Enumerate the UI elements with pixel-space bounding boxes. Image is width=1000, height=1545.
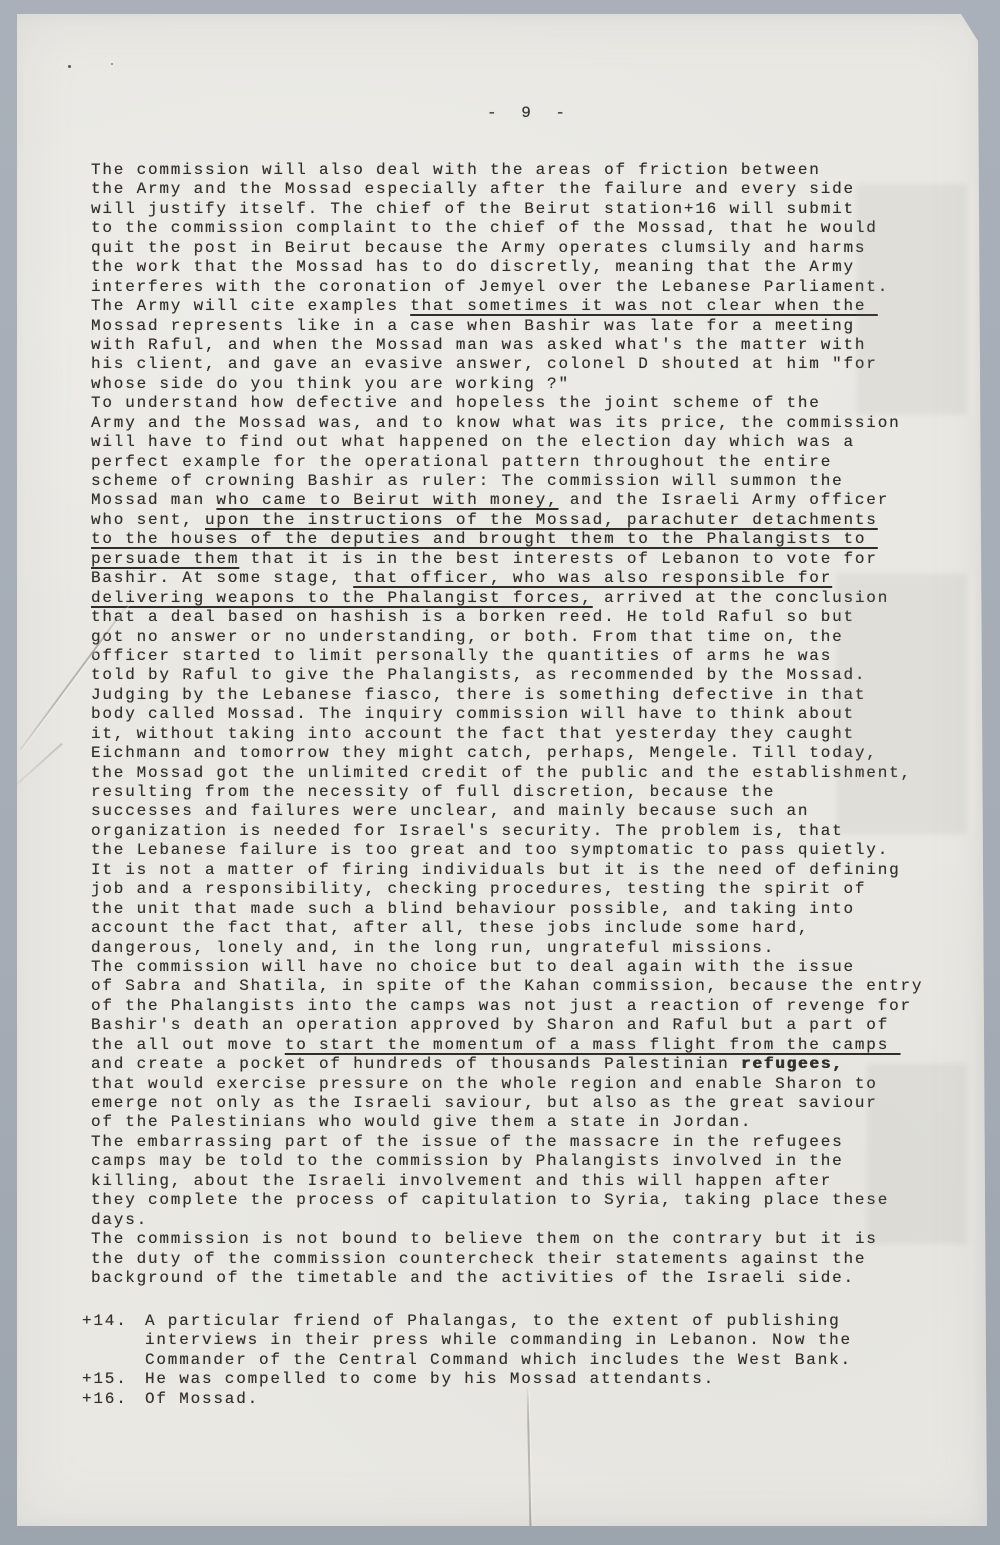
text-segment: scheme of crowning Bashir as ruler: The … bbox=[91, 472, 844, 490]
underlined-text: that officer, who was also responsible f… bbox=[353, 569, 832, 587]
text-segment: perfect example for the operational patt… bbox=[91, 453, 832, 471]
body-line: body called Mossad. The inquiry commissi… bbox=[91, 705, 923, 724]
text-segment: they complete the process of capitulatio… bbox=[91, 1191, 889, 1209]
text-segment: To understand how defective and hopeless… bbox=[91, 394, 821, 412]
footnote-label: +14. bbox=[82, 1312, 145, 1331]
text-segment: and create a pocket of hundreds of thous… bbox=[91, 1055, 741, 1073]
underlined-text: to start the momentum of a mass flight f… bbox=[285, 1036, 901, 1054]
body-line: The commission will have no choice but t… bbox=[91, 958, 923, 977]
text-segment: resulting from the necessity of full dis… bbox=[91, 783, 775, 801]
body-line: his client, and gave an evasive answer, … bbox=[91, 355, 923, 374]
text-segment: Eichmann and tomorrow they might catch, … bbox=[91, 744, 878, 762]
body-line: days. bbox=[91, 1211, 923, 1230]
document-page: - 9 - The commission will also deal with… bbox=[17, 14, 987, 1526]
footnote-text: Of Mossad. bbox=[145, 1390, 259, 1409]
body-line: killing, about the Israeli involvement a… bbox=[91, 1172, 923, 1191]
footnote-line: He was compelled to come by his Mossad a… bbox=[145, 1370, 715, 1389]
text-segment: his client, and gave an evasive answer, … bbox=[91, 355, 878, 373]
body-line: of Sabra and Shatila, in spite of the Ka… bbox=[91, 977, 923, 996]
text-segment: the Lebanese failure is too great and to… bbox=[91, 841, 889, 859]
underlined-text: upon the instructions of the Mossad, par… bbox=[205, 511, 878, 529]
text-segment: The commission is not bound to believe t… bbox=[91, 1230, 878, 1248]
body-line: perfect example for the operational patt… bbox=[91, 453, 923, 472]
underlined-text: delivering weapons to the Phalangist for… bbox=[91, 589, 593, 607]
body-line: with Raful, and when the Mossad man was … bbox=[91, 336, 923, 355]
text-segment: officer started to limit personally the … bbox=[91, 647, 832, 665]
text-segment: that it is in the best interests of Leba… bbox=[239, 550, 878, 568]
body-line: delivering weapons to the Phalangist for… bbox=[91, 589, 923, 608]
text-segment: Bashir's death an operation approved by … bbox=[91, 1016, 889, 1034]
text-segment: Bashir. At some stage, bbox=[91, 569, 353, 587]
body-line: camps may be told to the commission by P… bbox=[91, 1152, 923, 1171]
paper-speck bbox=[111, 63, 113, 65]
footnote: +16.Of Mossad. bbox=[82, 1390, 852, 1409]
text-segment: the Army and the Mossad especially after… bbox=[91, 180, 855, 198]
body-line: The commission will also deal with the a… bbox=[91, 161, 923, 180]
text-segment: account the fact that, after all, these … bbox=[91, 919, 809, 937]
text-segment: camps may be told to the commission by P… bbox=[91, 1152, 844, 1170]
body-line: Mossad represents like in a case when Ba… bbox=[91, 317, 923, 336]
paper-speck bbox=[68, 65, 71, 68]
text-segment: of the Phalangists into the camps was no… bbox=[91, 997, 912, 1015]
text-segment: got no answer or no understanding, or bo… bbox=[91, 628, 844, 646]
footnote-label: +16. bbox=[82, 1390, 145, 1409]
footnote-label: +15. bbox=[82, 1370, 145, 1389]
body-line: scheme of crowning Bashir as ruler: The … bbox=[91, 472, 923, 491]
text-segment: it, without taking into account the fact… bbox=[91, 725, 855, 743]
text-segment: the unit that made such a blind behaviou… bbox=[91, 900, 855, 918]
body-line: told by Raful to give the Phalangists, a… bbox=[91, 666, 923, 685]
text-segment: that would exercise pressure on the whol… bbox=[91, 1075, 878, 1093]
body-line: and create a pocket of hundreds of thous… bbox=[91, 1055, 923, 1074]
footnotes: +14.A particular friend of Phalangas, to… bbox=[82, 1312, 852, 1409]
footnote: +15.He was compelled to come by his Moss… bbox=[82, 1370, 852, 1389]
body-line: the duty of the commission countercheck … bbox=[91, 1250, 923, 1269]
footnote-text: A particular friend of Phalangas, to the… bbox=[145, 1312, 852, 1370]
text-segment: the duty of the commission countercheck … bbox=[91, 1250, 866, 1268]
underlined-text: to the houses of the deputies and brough… bbox=[91, 530, 878, 548]
body-line: to the houses of the deputies and brough… bbox=[91, 530, 923, 549]
body-line: that would exercise pressure on the whol… bbox=[91, 1075, 923, 1094]
underlined-text: persuade them bbox=[91, 550, 239, 568]
body-line: they complete the process of capitulatio… bbox=[91, 1191, 923, 1210]
body-line: persuade them that it is in the best int… bbox=[91, 550, 923, 569]
footnote-line: A particular friend of Phalangas, to the… bbox=[145, 1312, 852, 1331]
text-segment: Mossad man bbox=[91, 491, 216, 509]
body-line: Judging by the Lebanese fiasco, there is… bbox=[91, 686, 923, 705]
body-line: to the commission complaint to the chief… bbox=[91, 219, 923, 238]
text-segment: and the Israeli Army officer bbox=[558, 491, 889, 509]
body-line: will justify itself. The chief of the Be… bbox=[91, 200, 923, 219]
paper-crease-left-tail bbox=[9, 743, 62, 791]
body-line: Mossad man who came to Beirut with money… bbox=[91, 491, 923, 510]
underlined-text: that sometimes it was not clear when the bbox=[410, 297, 877, 315]
text-segment: organization is needed for Israel's secu… bbox=[91, 822, 844, 840]
text-segment: Army and the Mossad was, and to know wha… bbox=[91, 414, 901, 432]
body-line: The embarrassing part of the issue of th… bbox=[91, 1133, 923, 1152]
body-line: dangerous, lonely and, in the long run, … bbox=[91, 939, 923, 958]
text-segment: job and a responsibility, checking proce… bbox=[91, 880, 866, 898]
body-line: who sent, upon the instructions of the M… bbox=[91, 511, 923, 530]
body-line: The Army will cite examples that sometim… bbox=[91, 297, 923, 316]
text-segment: with Raful, and when the Mossad man was … bbox=[91, 336, 866, 354]
text-segment: the work that the Mossad has to do discr… bbox=[91, 258, 855, 276]
text-segment: that a deal based on hashish is a borken… bbox=[91, 608, 855, 626]
body-line: will have to find out what happened on t… bbox=[91, 433, 923, 452]
footnote-line: Commander of the Central Command which i… bbox=[145, 1351, 852, 1370]
body-line: background of the timetable and the acti… bbox=[91, 1269, 923, 1288]
body-line: whose side do you think you are working … bbox=[91, 375, 923, 394]
body-line: successes and failures were unclear, and… bbox=[91, 802, 923, 821]
text-segment: quit the post in Beirut because the Army… bbox=[91, 239, 866, 257]
body-line: emerge not only as the Israeli saviour, … bbox=[91, 1094, 923, 1113]
body-line: interferes with the coronation of Jemyel… bbox=[91, 278, 923, 297]
body-line: Bashir's death an operation approved by … bbox=[91, 1016, 923, 1035]
body-line: the Lebanese failure is too great and to… bbox=[91, 841, 923, 860]
body-line: Bashir. At some stage, that officer, who… bbox=[91, 569, 923, 588]
body-line: of the Phalangists into the camps was no… bbox=[91, 997, 923, 1016]
body-line: account the fact that, after all, these … bbox=[91, 919, 923, 938]
body-line: quit the post in Beirut because the Army… bbox=[91, 239, 923, 258]
text-segment: body called Mossad. The inquiry commissi… bbox=[91, 705, 855, 723]
text-segment: told by Raful to give the Phalangists, a… bbox=[91, 666, 866, 684]
text-segment: Mossad represents like in a case when Ba… bbox=[91, 317, 855, 335]
text-segment: The commission will have no choice but t… bbox=[91, 958, 855, 976]
body-line: Army and the Mossad was, and to know wha… bbox=[91, 414, 923, 433]
text-segment: will justify itself. The chief of the Be… bbox=[91, 200, 855, 218]
body-line: officer started to limit personally the … bbox=[91, 647, 923, 666]
body-line: the unit that made such a blind behaviou… bbox=[91, 900, 923, 919]
body-line: of the Palestinians who would give them … bbox=[91, 1113, 923, 1132]
body-line: that a deal based on hashish is a borken… bbox=[91, 608, 923, 627]
text-segment: the Mossad got the unlimited credit of t… bbox=[91, 764, 912, 782]
body-line: got no answer or no understanding, or bo… bbox=[91, 628, 923, 647]
page-number: - 9 - bbox=[487, 104, 567, 123]
text-segment: will have to find out what happened on t… bbox=[91, 433, 855, 451]
body-line: Eichmann and tomorrow they might catch, … bbox=[91, 744, 923, 763]
body-line: It is not a matter of firing individuals… bbox=[91, 861, 923, 880]
text-segment: who sent, bbox=[91, 511, 205, 529]
text-segment: killing, about the Israeli involvement a… bbox=[91, 1172, 832, 1190]
body-line: job and a responsibility, checking proce… bbox=[91, 880, 923, 899]
scan-background: { "colors": { "background": "#a5acb6", "… bbox=[0, 0, 1000, 1545]
underlined-text: who came to Beirut with money, bbox=[216, 491, 558, 509]
footnote-text: He was compelled to come by his Mossad a… bbox=[145, 1370, 715, 1389]
text-segment: interferes with the coronation of Jemyel… bbox=[91, 278, 889, 296]
text-segment: of Sabra and Shatila, in spite of the Ka… bbox=[91, 977, 923, 995]
body-line: the work that the Mossad has to do discr… bbox=[91, 258, 923, 277]
body-line: The commission is not bound to believe t… bbox=[91, 1230, 923, 1249]
text-segment: The Army will cite examples bbox=[91, 297, 410, 315]
text-segment: to the commission complaint to the chief… bbox=[91, 219, 878, 237]
body-line: the Army and the Mossad especially after… bbox=[91, 180, 923, 199]
body-line: To understand how defective and hopeless… bbox=[91, 394, 923, 413]
text-segment: the all out move bbox=[91, 1036, 285, 1054]
text-segment: successes and failures were unclear, and… bbox=[91, 802, 809, 820]
text-segment: days. bbox=[91, 1211, 148, 1229]
text-segment: It is not a matter of firing individuals… bbox=[91, 861, 901, 879]
body-line: organization is needed for Israel's secu… bbox=[91, 822, 923, 841]
text-segment: whose side do you think you are working … bbox=[91, 375, 570, 393]
document-body: The commission will also deal with the a… bbox=[91, 161, 923, 1288]
text-segment: The commission will also deal with the a… bbox=[91, 161, 821, 179]
footnote: +14.A particular friend of Phalangas, to… bbox=[82, 1312, 852, 1370]
text-segment: dangerous, lonely and, in the long run, … bbox=[91, 939, 775, 957]
body-line: the Mossad got the unlimited credit of t… bbox=[91, 764, 923, 783]
text-segment: emerge not only as the Israeli saviour, … bbox=[91, 1094, 878, 1112]
footnote-line: Of Mossad. bbox=[145, 1390, 259, 1409]
text-segment: arrived at the conclusion bbox=[593, 589, 889, 607]
text-segment: The embarrassing part of the issue of th… bbox=[91, 1133, 844, 1151]
text-segment: Judging by the Lebanese fiasco, there is… bbox=[91, 686, 866, 704]
body-line: the all out move to start the momentum o… bbox=[91, 1036, 923, 1055]
footnote-line: interviews in their press while commandi… bbox=[145, 1331, 852, 1350]
body-line: resulting from the necessity of full dis… bbox=[91, 783, 923, 802]
body-line: it, without taking into account the fact… bbox=[91, 725, 923, 744]
text-segment: background of the timetable and the acti… bbox=[91, 1269, 855, 1287]
text-segment: of the Palestinians who would give them … bbox=[91, 1113, 752, 1131]
bold-text: refugees, bbox=[741, 1055, 844, 1073]
